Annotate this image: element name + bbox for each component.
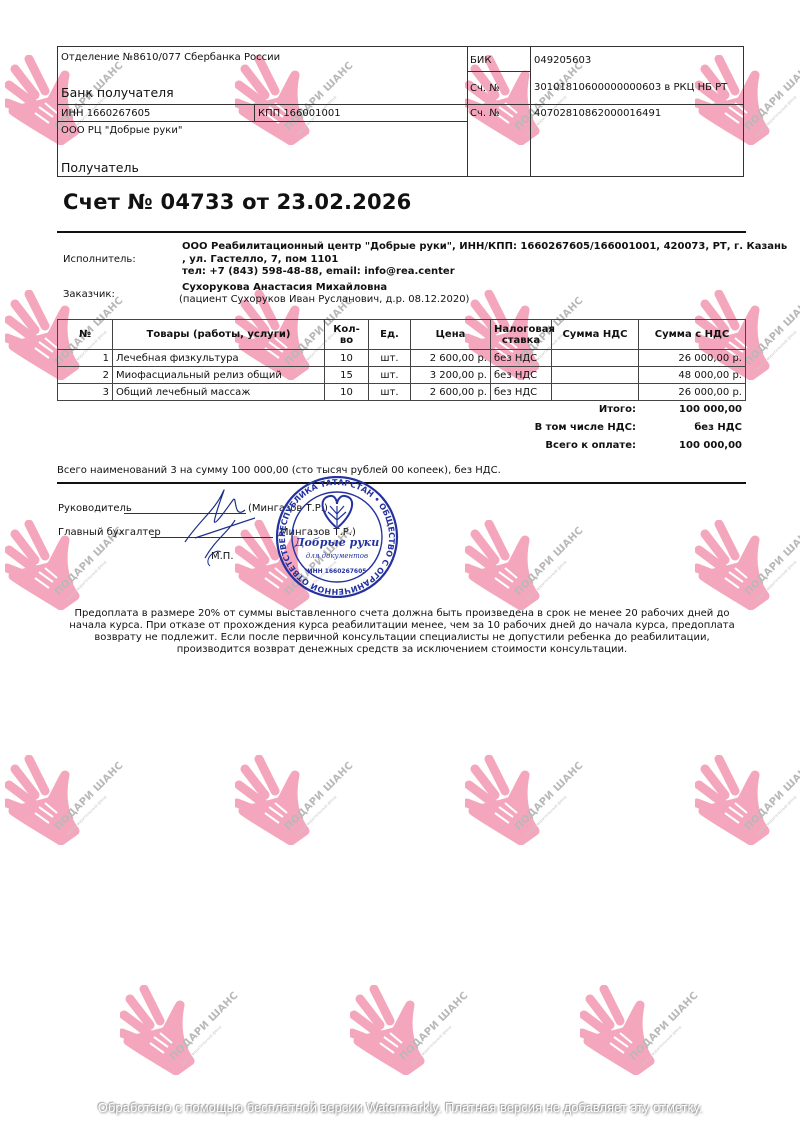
table-cell: 2 600,00 р. [411,384,491,401]
stamp-subtitle: для документов [306,552,368,560]
invoice-title: Счет № 04733 от 23.02.2026 [63,190,411,214]
corr-account-label: Сч. № [470,83,500,94]
recipient-label: Получатель [61,160,139,175]
stamp-brand: Добрые руки [294,536,380,549]
vat-label: В том числе НДС: [535,422,636,433]
column-header: Налоговая ставка [491,320,552,350]
total-label: Итого: [599,404,636,415]
bank-label: Банк получателя [61,85,174,100]
recipient-name: ООО РЦ "Добрые руки" [61,125,182,136]
table-cell: Общий лечебный массаж [113,384,325,401]
column-header: Товары (работы, услуги) [113,320,325,350]
total-value: 100 000,00 [679,404,742,415]
executor-line-2: , ул. Гастелло, 7, пом 1101 [182,254,787,267]
account-value: 40702810862000016491 [534,108,661,119]
column-header: Сумма с НДС [639,320,746,350]
table-row: 1Лечебная физкультура10шт.2 600,00 р.без… [58,350,746,367]
payable-label: Всего к оплате: [545,440,636,451]
table-cell: 10 [325,350,369,367]
executor-line-1: ООО Реабилитационный центр "Добрые руки"… [182,241,787,254]
corr-account-value: 30101810600000000603 в РКЦ НБ РТ [534,82,727,93]
table-cell [552,350,639,367]
invoice-document: Отделение №8610/077 Сбербанка России Бан… [0,0,800,1132]
table-cell: 15 [325,367,369,384]
table-cell: 26 000,00 р. [639,350,746,367]
payable-value: 100 000,00 [679,440,742,451]
table-cell: без НДС [491,384,552,401]
column-header: Кол-во [325,320,369,350]
account-label: Сч. № [470,108,500,119]
items-table: №Товары (работы, услуги)Кол-воЕд.ЦенаНал… [57,319,746,401]
watermarkly-notice: Обработано с помощью бесплатной версии W… [0,1100,800,1115]
customer-label: Заказчик: [63,289,115,300]
table-cell: шт. [369,367,411,384]
table-cell: Миофасциальный релиз общий [113,367,325,384]
table-cell: 2 [58,367,113,384]
director-label: Руководитель [58,503,132,514]
table-cell: Лечебная физкультура [113,350,325,367]
table-row: 3Общий лечебный массаж10шт.2 600,00 р.бе… [58,384,746,401]
title-divider [57,231,746,233]
signature-scribble [175,480,265,570]
column-header: № [58,320,113,350]
executor-line-3: тел: +7 (843) 598-48-88, email: info@rea… [182,266,787,279]
bank-requisites-table: Отделение №8610/077 Сбербанка России Бан… [57,46,744,177]
table-cell: 26 000,00 р. [639,384,746,401]
table-cell: 10 [325,384,369,401]
accountant-label: Главный бухгалтер [58,527,161,538]
table-cell: 3 [58,384,113,401]
table-cell: 48 000,00 р. [639,367,746,384]
table-cell [552,367,639,384]
column-header: Цена [411,320,491,350]
bik-value: 049205603 [534,55,591,66]
stamp-inn: ИНН 1660267605 [308,568,367,575]
executor-label: Исполнитель: [63,254,136,265]
inn: ИНН 1660267605 [61,108,150,119]
column-header: Ед. [369,320,411,350]
table-cell: 2 600,00 р. [411,350,491,367]
column-header: Сумма НДС [552,320,639,350]
table-cell: без НДС [491,350,552,367]
table-row: 2Миофасциальный релиз общий15шт.3 200,00… [58,367,746,384]
table-cell: шт. [369,384,411,401]
terms-text: Предоплата в размере 20% от суммы выстав… [66,608,738,656]
customer-name: Сухорукова Анастасия Михайловна [182,282,387,295]
summary-text: Всего наименований 3 на сумму 100 000,00… [57,465,501,476]
items-header-row: №Товары (работы, услуги)Кол-воЕд.ЦенаНал… [58,320,746,350]
bik-label: БИК [470,55,491,66]
table-cell: 3 200,00 р. [411,367,491,384]
customer-note: (пациент Сухоруков Иван Русланович, д.р.… [179,294,469,305]
bank-name: Отделение №8610/077 Сбербанка России [61,52,280,63]
vat-value: без НДС [694,422,742,433]
table-cell: без НДС [491,367,552,384]
table-cell [552,384,639,401]
table-cell: 1 [58,350,113,367]
table-cell: шт. [369,350,411,367]
kpp: КПП 166001001 [258,108,341,119]
company-stamp: РЕСПУБЛИКА ТАТАРСТАН • ОБЩЕСТВО С ОГРАНИ… [262,476,412,598]
executor-details: ООО Реабилитационный центр "Добрые руки"… [182,241,787,279]
